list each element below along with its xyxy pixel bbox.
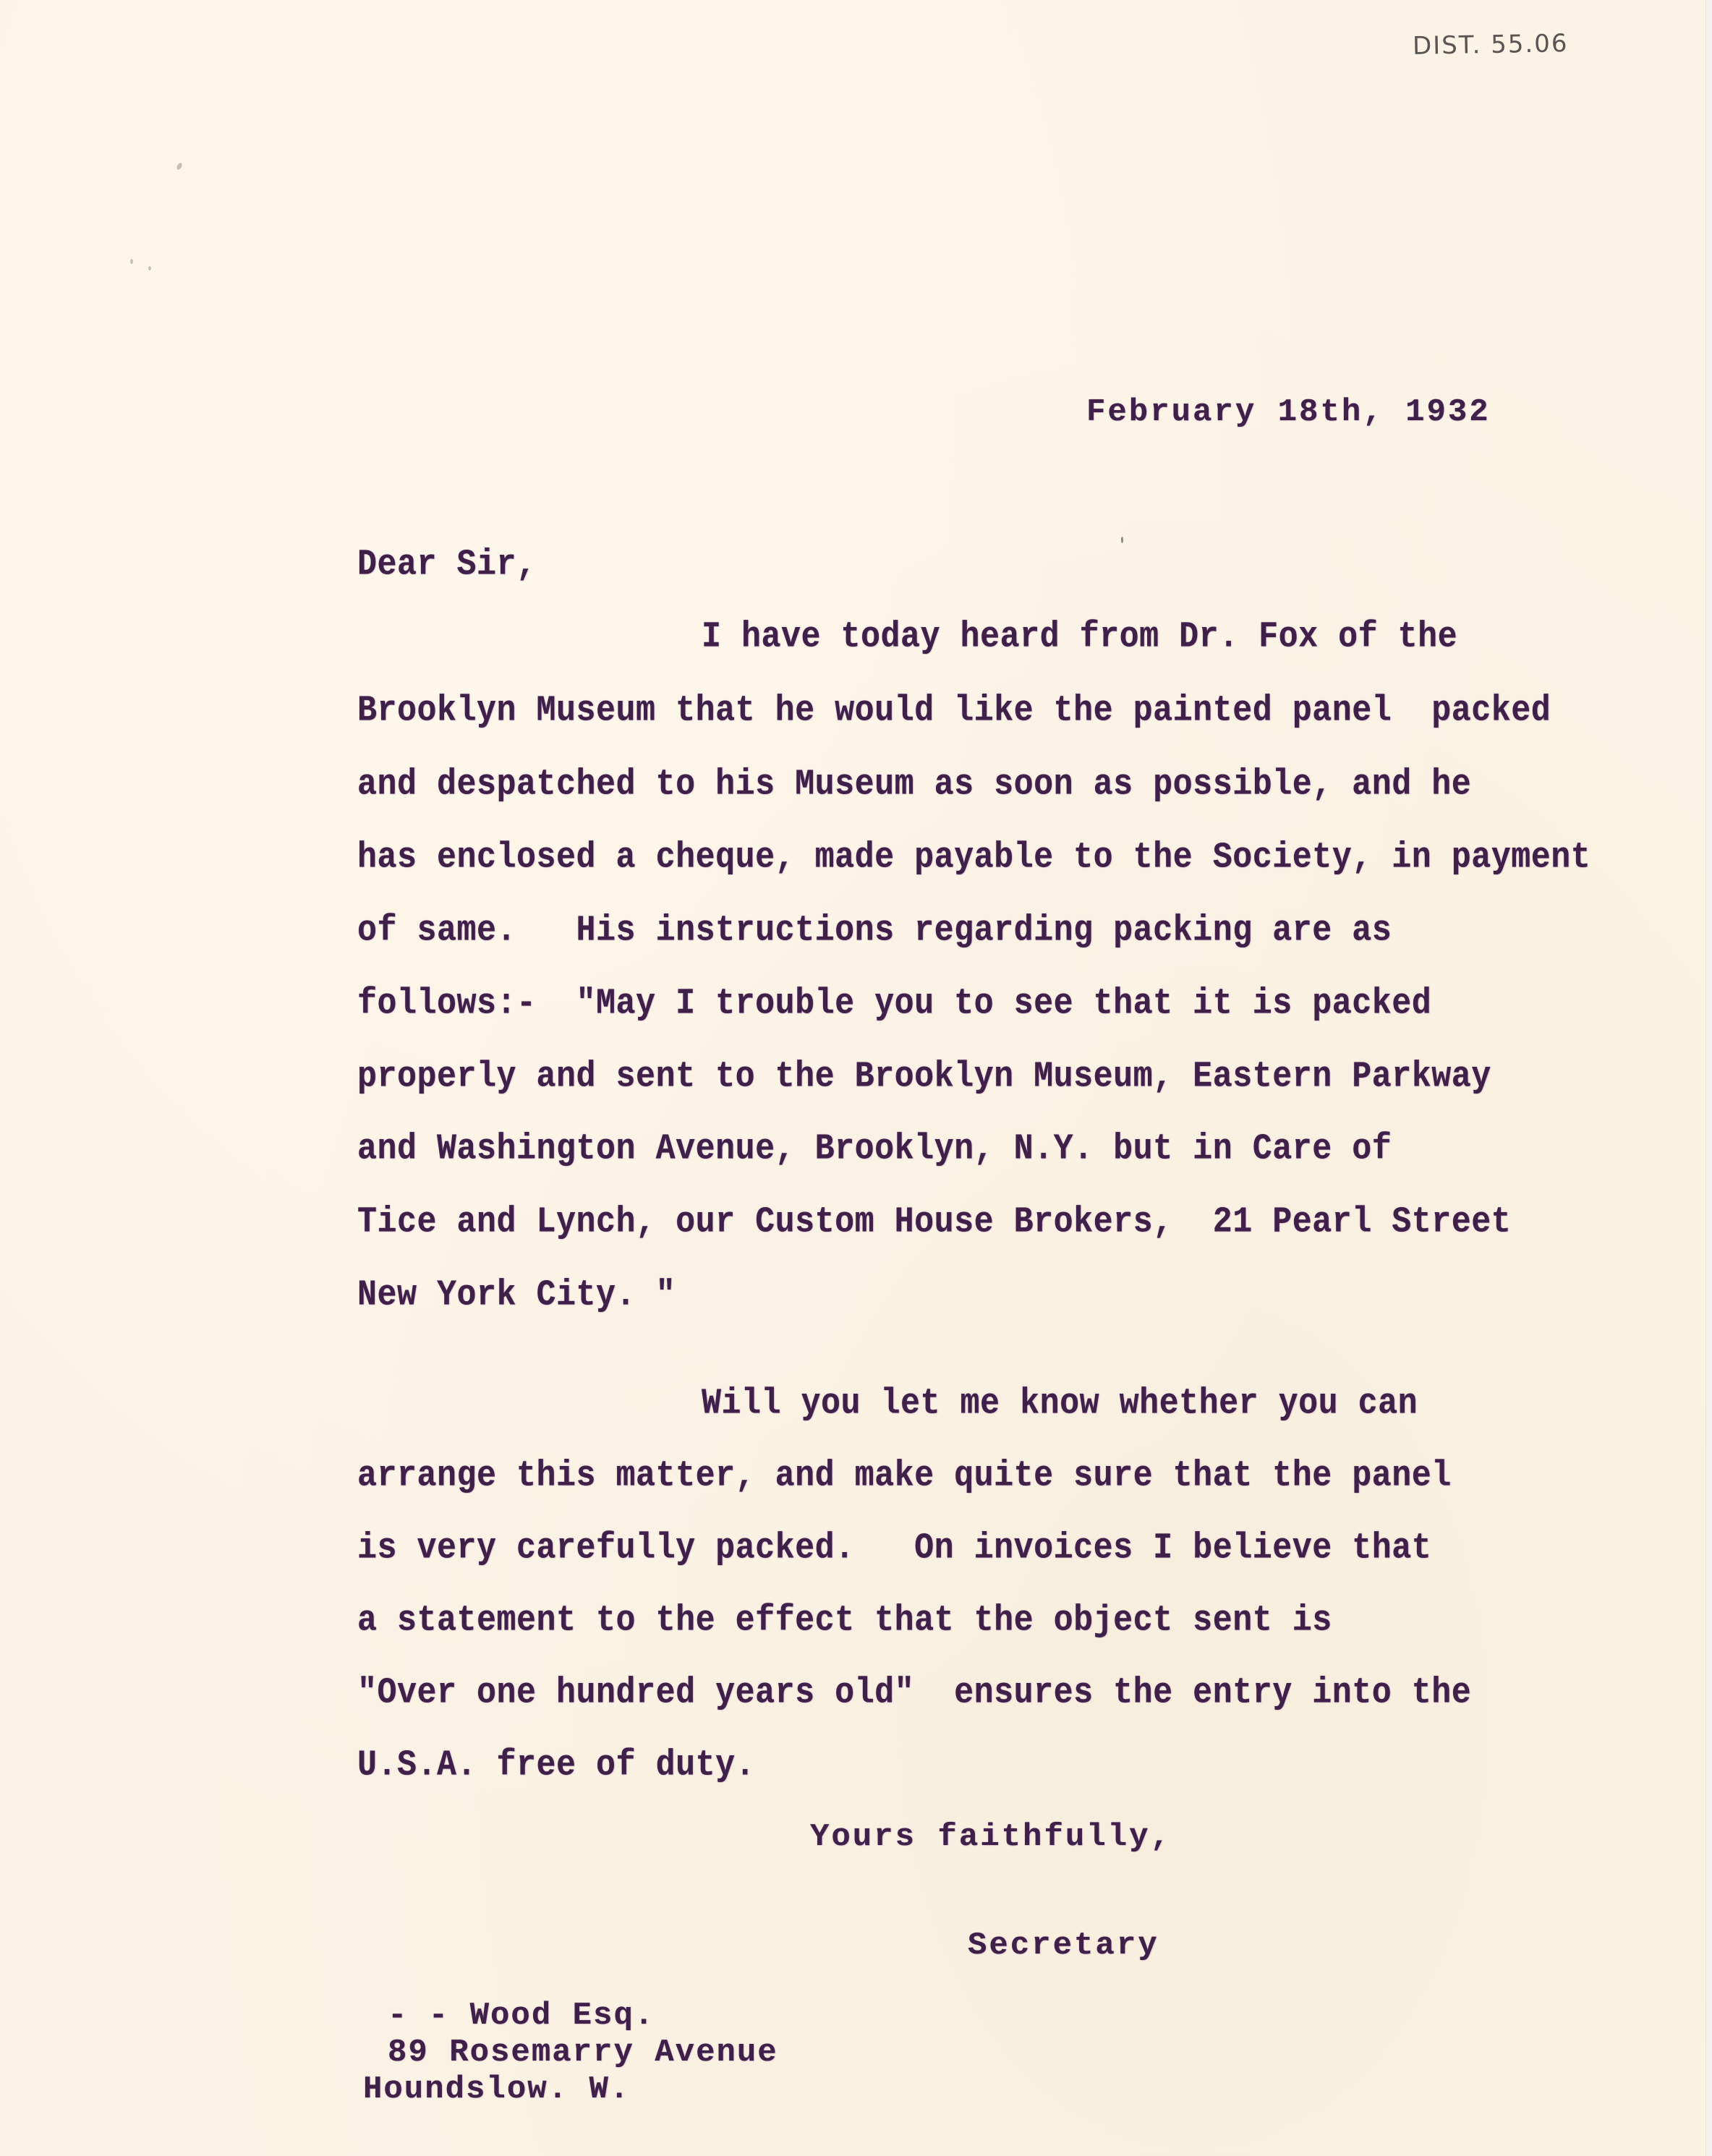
paper-blemish xyxy=(130,259,133,264)
scan-background-edge xyxy=(1705,0,1712,2156)
paper-blemish xyxy=(176,162,183,171)
body-line: U.S.A. free of duty. xyxy=(357,1744,755,1786)
recipient-street: 89 Rosemarry Avenue xyxy=(388,2034,778,2071)
recipient-town: Houndslow. W. xyxy=(363,2071,630,2108)
body-line: of same. His instructions regarding pack… xyxy=(357,910,1392,951)
body-line: follows:- "May I trouble you to see that… xyxy=(357,983,1431,1024)
letter-date: February 18th, 1932 xyxy=(1086,394,1491,430)
recipient-name: - - Wood Esq. xyxy=(388,1998,655,2034)
archive-reference-note: DIST. 55.06 xyxy=(1413,29,1569,61)
body-line: is very carefully packed. On invoices I … xyxy=(357,1527,1431,1569)
body-line: Tice and Lynch, our Custom House Brokers… xyxy=(357,1201,1511,1243)
body-line: arrange this matter, and make quite sure… xyxy=(357,1455,1452,1496)
body-line: Will you let me know whether you can xyxy=(702,1383,1418,1424)
body-line: I have today heard from Dr. Fox of the xyxy=(702,616,1457,657)
body-line: and despatched to his Museum as soon as … xyxy=(357,764,1471,805)
closing: Yours faithfully, xyxy=(810,1819,1172,1855)
body-line: Brooklyn Museum that he would like the p… xyxy=(357,690,1551,731)
signatory-title: Secretary xyxy=(968,1927,1159,1964)
body-line: New York City. " xyxy=(357,1274,676,1316)
paper-blemish xyxy=(148,266,151,270)
body-line: a statement to the effect that the objec… xyxy=(357,1600,1332,1641)
body-line: has enclosed a cheque, made payable to t… xyxy=(357,837,1590,878)
salutation: Dear Sir, xyxy=(357,544,537,585)
body-line: and Washington Avenue, Brooklyn, N.Y. bu… xyxy=(357,1128,1392,1169)
body-line: "Over one hundred years old" ensures the… xyxy=(357,1672,1471,1713)
paper-blemish xyxy=(1121,537,1123,543)
letter-paper: DIST. 55.06 February 18th, 1932 Dear Sir… xyxy=(0,0,1705,2156)
body-line: properly and sent to the Brooklyn Museum… xyxy=(357,1056,1491,1097)
